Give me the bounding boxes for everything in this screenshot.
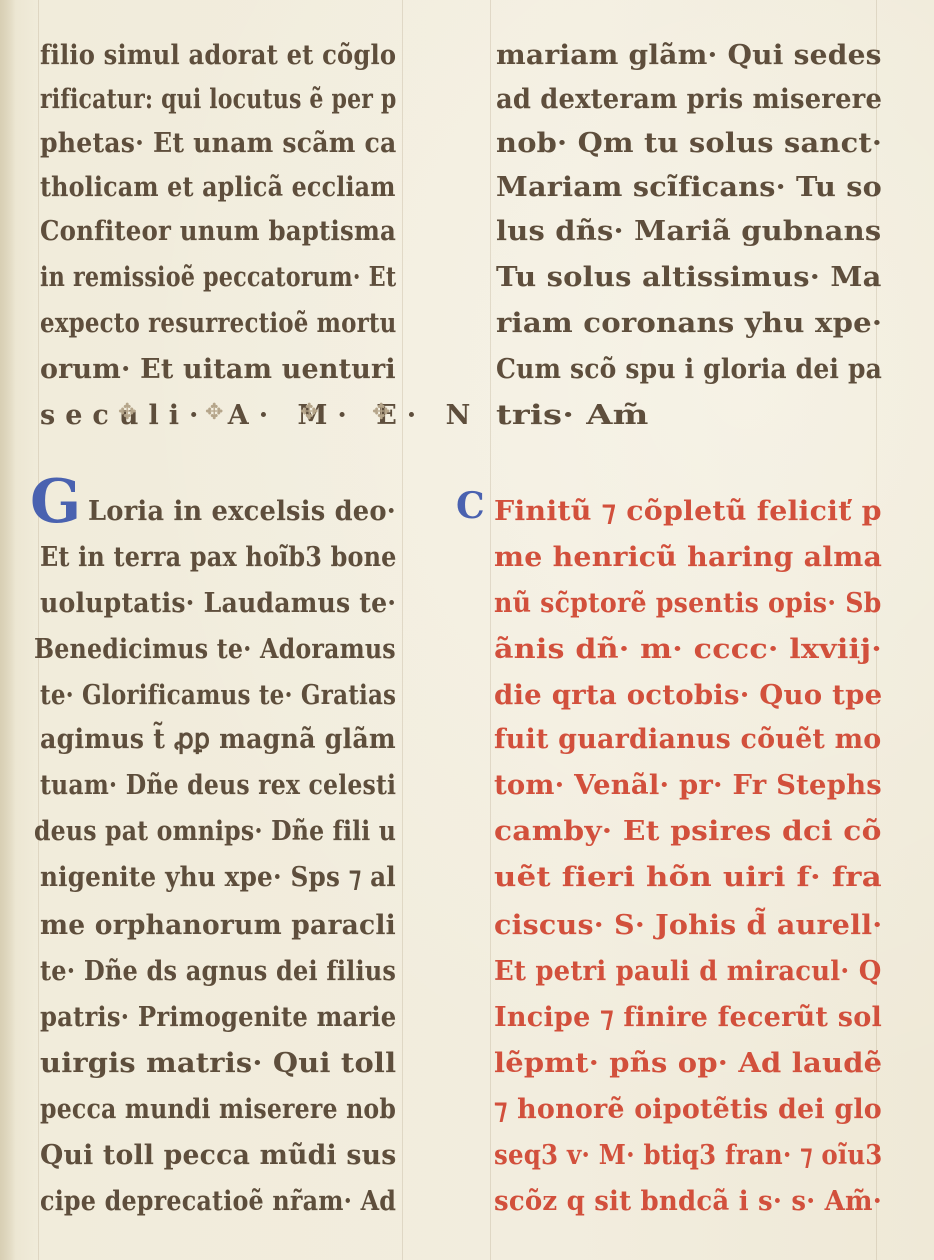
- text-line: phetas· Et unam scãm ca: [40, 128, 396, 159]
- text-line: expecto resurrectioẽ mortu: [40, 308, 396, 339]
- text-line: nob· Qm tu solus sanct·: [496, 128, 882, 159]
- colophon-line: ciscus· S· Johis d̃ aurell·: [494, 910, 882, 941]
- colophon-line: seq3 v· M· btiq3 fran· ⁊ oĩu3: [494, 1140, 883, 1171]
- colophon-line: camby· Et psires dci cõ: [494, 816, 882, 847]
- text-line: riam coronans yhu xpe·: [496, 308, 882, 339]
- colophon-line: Incipe ⁊ finire fecerũt sol: [494, 1002, 882, 1033]
- text-line: mariam glãm· Qui sedes: [496, 40, 882, 71]
- text-line: Benedicimus te· Adoramus: [34, 634, 396, 665]
- text-line: cipe deprecatioẽ nr̃am· Ad: [40, 1186, 396, 1217]
- text-line: me orphanorum paracli: [40, 910, 396, 941]
- colophon-line: lẽpmt· pñs op· Ad laudẽ: [494, 1048, 882, 1079]
- colophon-line: nũ sc̃ptorẽ psentis opis· Sb: [494, 588, 882, 619]
- text-line: uoluptatis· Laudamus te·: [40, 588, 396, 619]
- blue-initial-g: G: [30, 472, 81, 532]
- margin-rule-right-outer: [490, 0, 491, 1260]
- colophon-line: uẽt fieri hõn uiri f· fra: [494, 862, 882, 893]
- colophon-line: Finitũ ⁊ cõpletũ feliciť p: [494, 496, 882, 527]
- colophon-line: tom· Venãl· pr· Fr Stephs: [494, 770, 882, 801]
- text-line: lus dñs· Mariã gubnans: [496, 216, 881, 247]
- text-line: agimus t̃ ꝓꝑ magnã glãm: [40, 724, 396, 755]
- colophon-line: me henricũ haring alma: [494, 542, 882, 573]
- text-line: Cum scõ spu i gloria dei pa: [496, 354, 882, 385]
- colophon-line: Et petri pauli d miracul· Q: [494, 956, 882, 987]
- text-line: Qui toll pecca mũdi sus: [40, 1140, 396, 1171]
- text-line: deus pat omnips· Dñe fili u: [34, 816, 396, 847]
- text-line: filio simul adorat et cõglo: [40, 40, 396, 71]
- text-line: Confiteor unum baptisma: [40, 216, 396, 247]
- text-line: te· Dñe ds agnus dei filius: [40, 956, 396, 987]
- margin-rule-left-outer: [38, 0, 39, 1260]
- text-line: ad dexteram pris miserere: [496, 84, 882, 115]
- colophon-line: ãnis dñ· m· cccc· lxviij·: [494, 634, 882, 665]
- text-line: patris· Primogenite marie: [40, 1002, 396, 1033]
- colophon-line: ⁊ honorẽ oipotẽtis dei glo: [494, 1094, 882, 1125]
- amen-line: seculi· A· M· E· N: [40, 400, 480, 431]
- text-line: Tu solus altissimus· Ma: [496, 262, 882, 293]
- manuscript-page: filio simul adorat et cõglo rificatur: q…: [0, 0, 934, 1260]
- text-line: tris· Am̃: [496, 400, 649, 431]
- blue-initial-c: C: [456, 488, 485, 524]
- flourish-ornament-icon: ✥: [300, 402, 318, 424]
- text-line: Et in terra pax hoĩb3 bone: [40, 542, 397, 573]
- flourish-ornament-icon: ✥: [205, 402, 223, 424]
- text-line: pecca mundi miserere nob: [40, 1094, 396, 1125]
- text-line: in remissioẽ peccatorum· Et: [40, 262, 396, 293]
- flourish-ornament-icon: ✥: [372, 402, 390, 424]
- colophon-line: scõz q sit bndcã i s· s· Am̃·: [494, 1186, 882, 1217]
- text-line: tuam· Dñe deus rex celesti: [40, 770, 396, 801]
- text-line: rificatur: qui locutus ẽ per p: [40, 84, 396, 115]
- text-line: Mariam scĩficans· Tu so: [496, 172, 882, 203]
- text-line: uirgis matris· Qui toll: [40, 1048, 396, 1079]
- text-line: te· Glorificamus te· Gratias: [40, 680, 396, 711]
- text-line: tholicam et aplicã ecclіam: [40, 172, 396, 203]
- colophon-line: die qrta octobis· Quo tpe: [494, 680, 882, 711]
- binding-gutter-shadow: [0, 0, 16, 1260]
- text-line: orum· Et uitam uenturi: [40, 354, 396, 385]
- text-line: nigenite yhu xpe· Sps ⁊ al: [40, 862, 396, 893]
- margin-rule-left-inner: [402, 0, 403, 1260]
- text-line: Loria in excelsis deo·: [88, 496, 396, 527]
- colophon-line: fuit guardianus cõuẽt mo: [494, 724, 881, 755]
- flourish-ornament-icon: ✥: [118, 402, 136, 424]
